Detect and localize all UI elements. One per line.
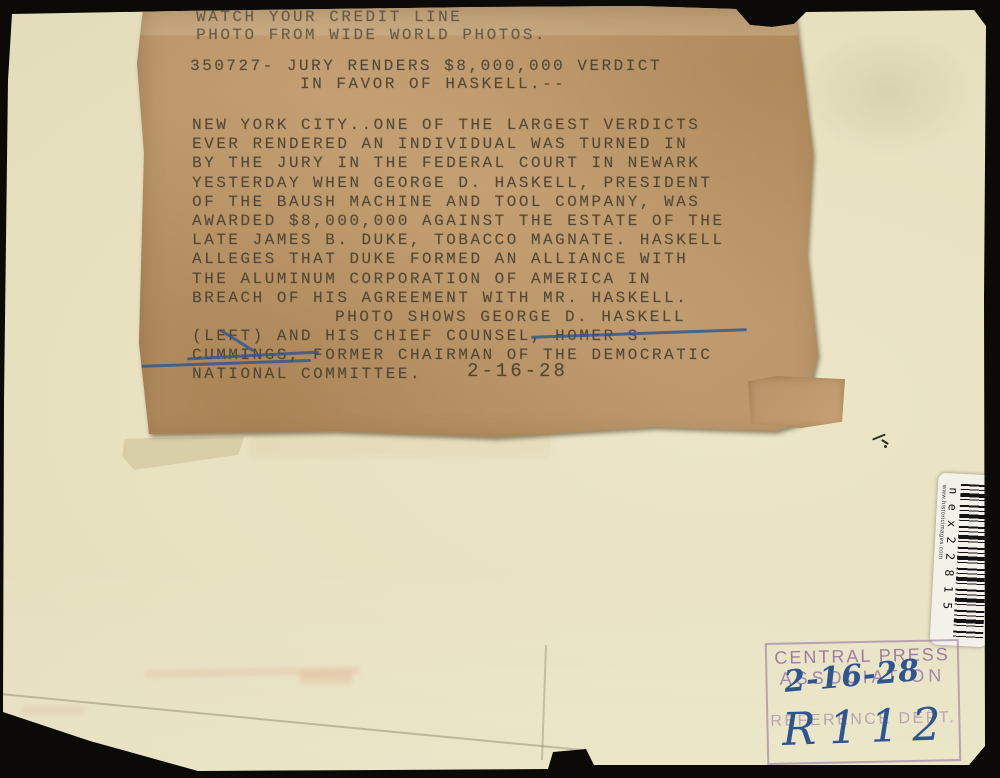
red-smudge (22, 705, 84, 715)
caption-headline-line-1: 350727- JURY RENDERS $8,000,000 VERDICT (190, 57, 662, 75)
caption-body-line: PHOTO SHOWS GEORGE D. HASKELL (335, 308, 686, 326)
caption-body-line: NEW YORK CITY..ONE OF THE LARGEST VERDIC… (192, 116, 700, 134)
credit-notice-line-2: PHOTO FROM WIDE WORLD PHOTOS. (196, 26, 547, 44)
red-smudge (145, 666, 360, 678)
caption-body-line: OF THE BAUSH MACHINE AND TOOL COMPANY, W… (192, 193, 700, 211)
caption-slip: WATCH YOUR CREDIT LINE PHOTO FROM WIDE W… (135, 3, 825, 445)
caption-body-line: BY THE JURY IN THE FEDERAL COURT IN NEWA… (192, 154, 700, 172)
paper-stain (798, 28, 978, 158)
scanned-photo-back: WATCH YOUR CREDIT LINE PHOTO FROM WIDE W… (0, 0, 1000, 778)
tape-patch (748, 376, 845, 428)
credit-notice-line-1: WATCH YOUR CREDIT LINE (196, 8, 462, 26)
caption-slip-wrapper: WATCH YOUR CREDIT LINE PHOTO FROM WIDE W… (135, 3, 825, 445)
caption-body-line: NATIONAL COMMITTEE. (192, 365, 422, 383)
caption-body-line: EVER RENDERED AN INDIVIDUAL WAS TURNED I… (192, 135, 688, 153)
caption-body-line: ALLEGES THAT DUKE FORMED AN ALLIANCE WIT… (192, 250, 688, 268)
handwritten-reference-number: R112 (781, 697, 955, 756)
caption-body-line: YESTERDAY WHEN GEORGE D. HASKELL, PRESID… (192, 174, 712, 192)
caption-body-line: AWARDED $8,000,000 AGAINST THE ESTATE OF… (192, 212, 724, 230)
caption-body-line: BREACH OF HIS AGREEMENT WITH MR. HASKELL… (192, 289, 688, 307)
caption-headline-line-2: IN FAVOR OF HASKELL.-- (300, 75, 566, 93)
barcode-sticker: nex22815 www.historicimages.com (930, 473, 997, 648)
crease-line (0, 693, 587, 751)
caption-body-line: LATE JAMES B. DUKE, TOBACCO MAGNATE. HAS… (192, 231, 724, 249)
red-smudge (300, 672, 352, 684)
photo-paper: WATCH YOUR CREDIT LINE PHOTO FROM WIDE W… (0, 0, 1000, 778)
ink-squiggle-mark (884, 445, 887, 448)
crease-line (541, 645, 547, 760)
caption-body-line: THE ALUMINUM CORPORATION OF AMERICA IN (192, 270, 652, 288)
typed-date: 2-16-28 (467, 360, 568, 382)
